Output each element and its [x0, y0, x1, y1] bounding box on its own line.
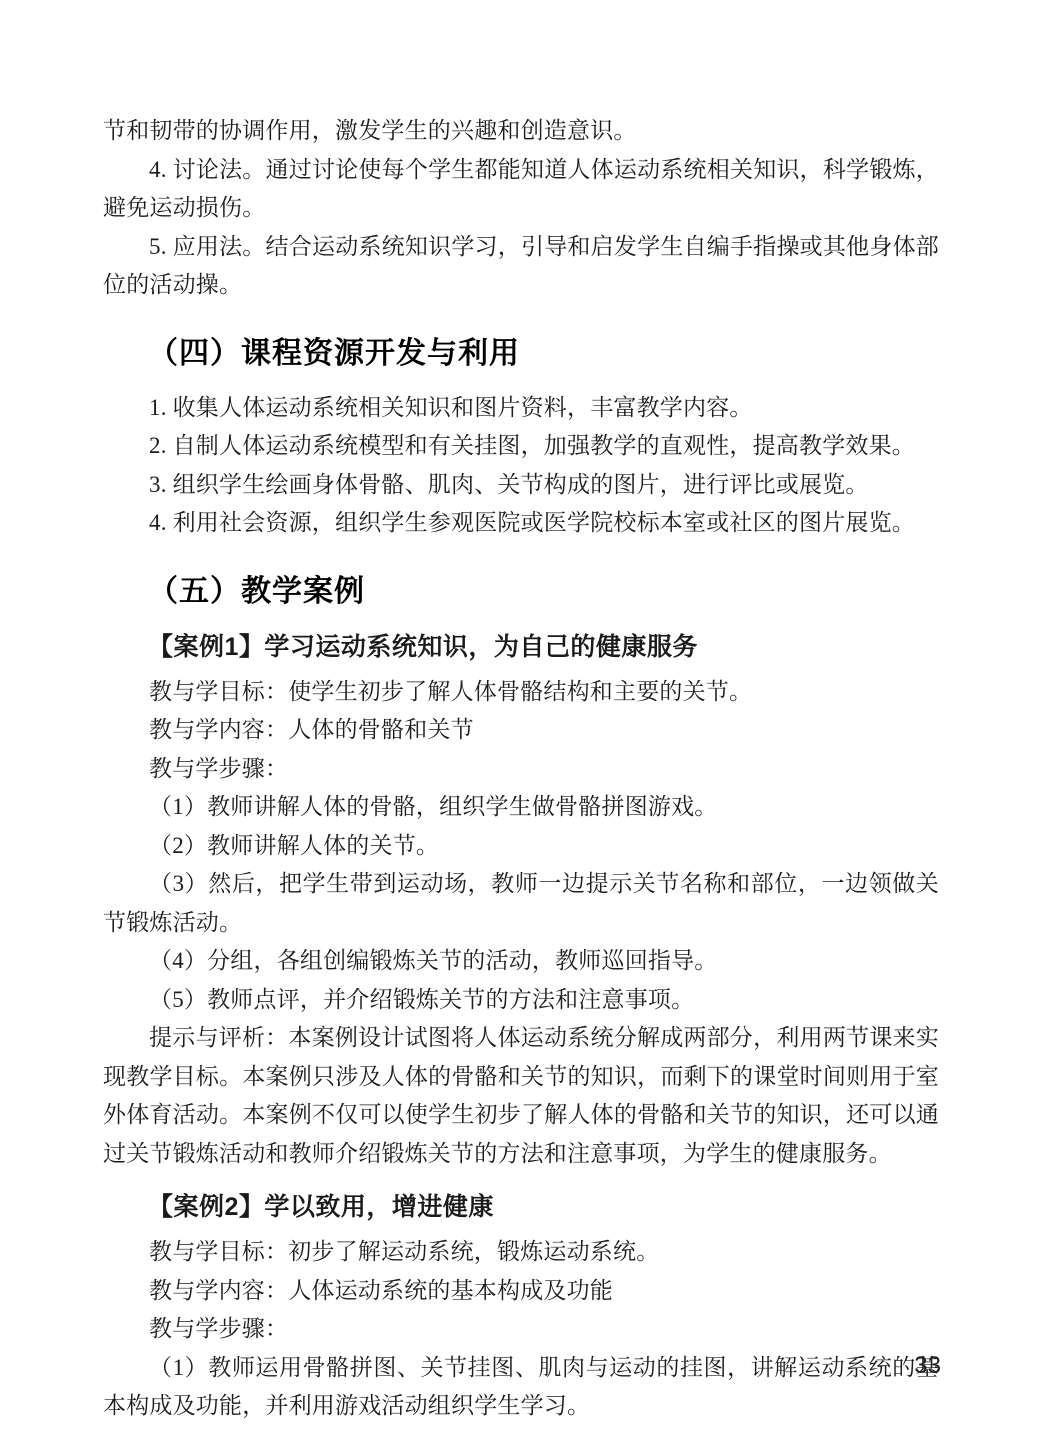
- case-2-heading: 【案例2】学以致用，增进健康: [103, 1187, 939, 1223]
- paragraph-method-5: 5. 应用法。结合运动系统知识学习，引导和启发学生自编手指操或其他身体部位的活动…: [103, 228, 939, 305]
- case-1-heading: 【案例1】学习运动系统知识，为自己的健康服务: [103, 627, 939, 663]
- paragraph-case1-step-4: （4）分组，各组创编锻炼关节的活动，教师巡回指导。: [103, 942, 939, 981]
- paragraph-case1-goal: 教与学目标：使学生初步了解人体骨骼结构和主要的关节。: [103, 673, 939, 712]
- section-heading-4: （四）课程资源开发与利用: [103, 328, 939, 372]
- paragraph-case2-steps-label: 教与学步骤：: [103, 1310, 939, 1349]
- paragraph-resource-2: 2. 自制人体运动系统模型和有关挂图，加强教学的直观性，提高教学效果。: [103, 427, 939, 466]
- paragraph-method-4: 4. 讨论法。通过讨论使每个学生都能知道人体运动系统相关知识，科学锻炼，避免运动…: [103, 151, 939, 228]
- document-body: 节和韧带的协调作用，激发学生的兴趣和创造意识。 4. 讨论法。通过讨论使每个学生…: [103, 112, 939, 1426]
- paragraph-case1-step-1: （1）教师讲解人体的骨骼，组织学生做骨骼拼图游戏。: [103, 788, 939, 827]
- paragraph-case1-steps-label: 教与学步骤：: [103, 750, 939, 789]
- paragraph-resource-3: 3. 组织学生绘画身体骨骼、肌肉、关节构成的图片，进行评比或展览。: [103, 466, 939, 505]
- section-heading-5: （五）教学案例: [103, 566, 939, 610]
- paragraph-resource-1: 1. 收集人体运动系统相关知识和图片资料，丰富教学内容。: [103, 389, 939, 428]
- paragraph-case2-content: 教与学内容：人体运动系统的基本构成及功能: [103, 1272, 939, 1311]
- paragraph-case1-step-5: （5）教师点评，并介绍锻炼关节的方法和注意事项。: [103, 981, 939, 1020]
- paragraph-case1-review: 提示与评析：本案例设计试图将人体运动系统分解成两部分，利用两节课来实现教学目标。…: [103, 1019, 939, 1173]
- paragraph-case1-content: 教与学内容：人体的骨骼和关节: [103, 711, 939, 750]
- paragraph-case1-step-3: （3）然后，把学生带到运动场，教师一边提示关节名称和部位，一边领做关节锻炼活动。: [103, 865, 939, 942]
- page-number: 33: [914, 1352, 941, 1380]
- paragraph-continuation: 节和韧带的协调作用，激发学生的兴趣和创造意识。: [103, 112, 939, 151]
- paragraph-case2-step-1: （1）教师运用骨骼拼图、关节挂图、肌肉与运动的挂图，讲解运动系统的基本构成及功能…: [103, 1349, 939, 1426]
- paragraph-case2-goal: 教与学目标：初步了解运动系统，锻炼运动系统。: [103, 1233, 939, 1272]
- paragraph-resource-4: 4. 利用社会资源，组织学生参观医院或医学院校标本室或社区的图片展览。: [103, 504, 939, 543]
- document-page: 节和韧带的协调作用，激发学生的兴趣和创造意识。 4. 讨论法。通过讨论使每个学生…: [0, 0, 1038, 1452]
- paragraph-case1-step-2: （2）教师讲解人体的关节。: [103, 827, 939, 866]
